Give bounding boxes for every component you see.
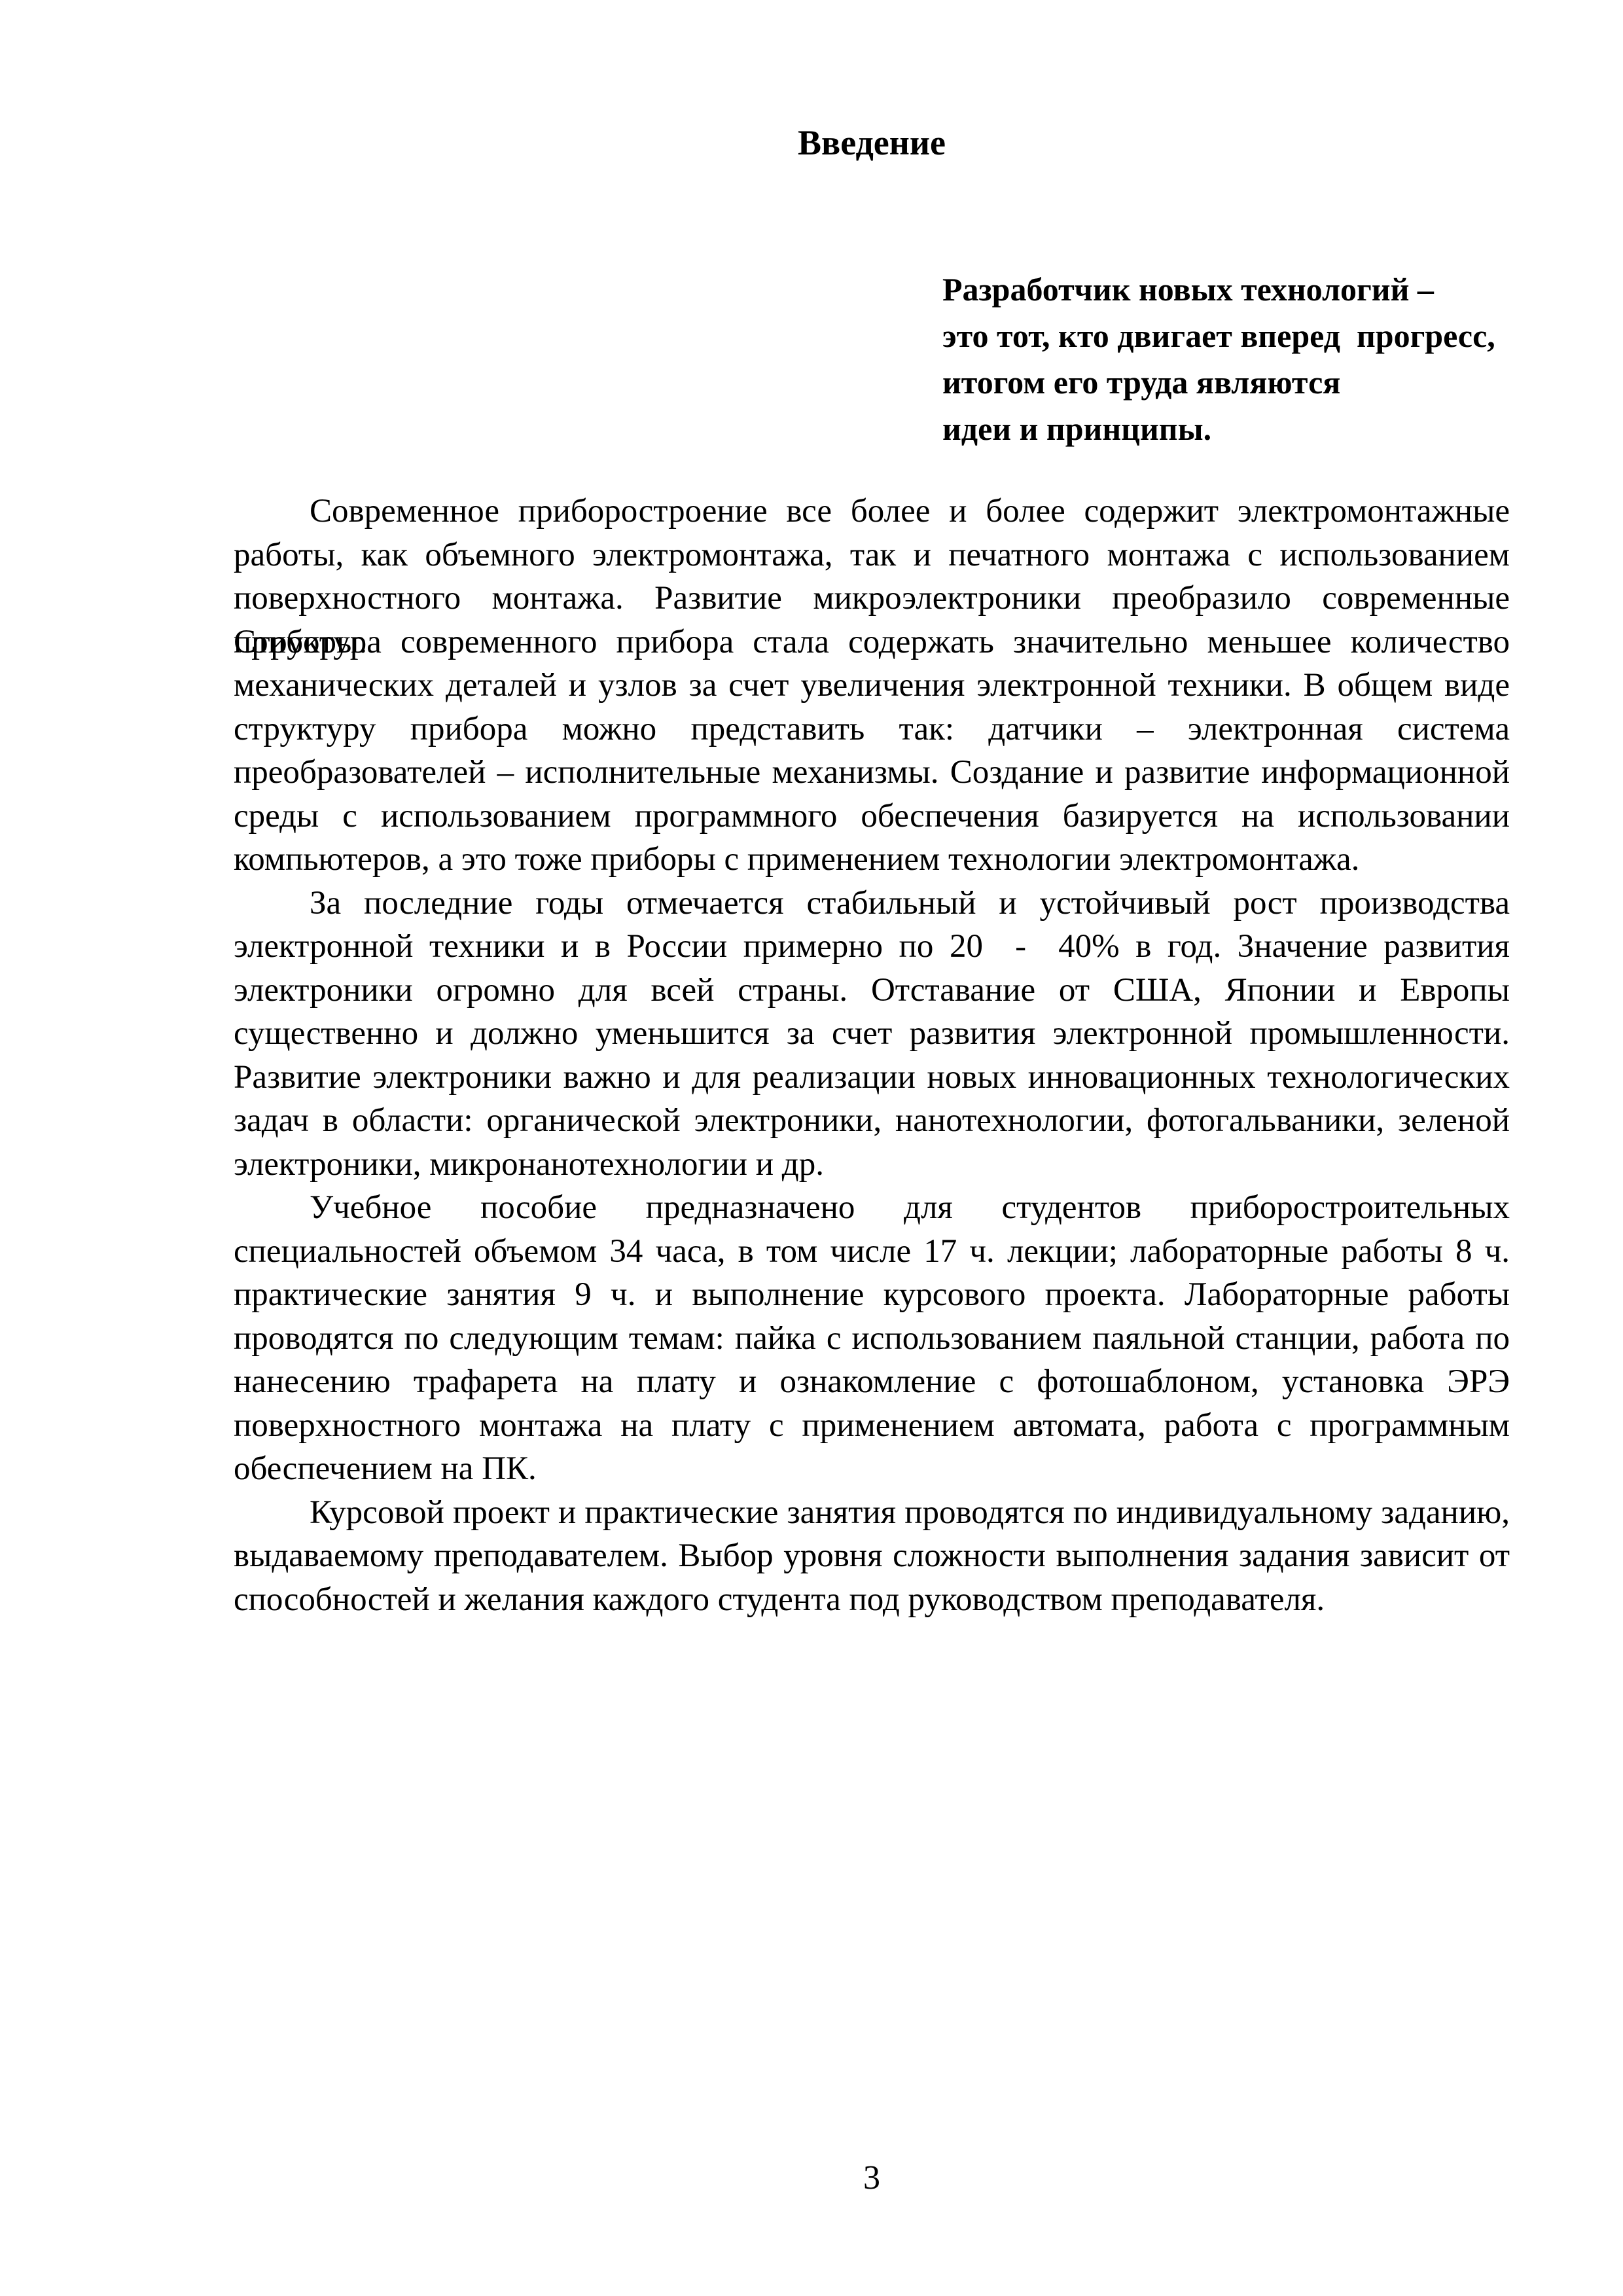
text-line: поверхностного монтажа на плату с примен… — [234, 1404, 1510, 1448]
epigraph-line: Разработчик новых технологий – — [942, 266, 1495, 313]
text-line: поверхностного монтажа. Развитие микроэл… — [234, 577, 1510, 620]
text-line: Учебное пособие предназначено для студен… — [234, 1186, 1510, 1230]
page-number: 3 — [234, 2159, 1510, 2198]
text-line: За последние годы отмечается стабильный … — [234, 882, 1510, 925]
text-line: среды с использованием программного обес… — [234, 795, 1510, 838]
document-page: Введение Разработчик новых технологий –э… — [0, 0, 1623, 2296]
text-line: Курсовой проект и практические занятия п… — [234, 1491, 1510, 1535]
text-line: обеспечением на ПК. — [234, 1447, 1510, 1491]
body-text: Современное приборостроение все более и … — [234, 490, 1510, 1621]
text-line: механических деталей и узлов за счет уве… — [234, 664, 1510, 708]
page-title: Введение — [234, 121, 1510, 165]
text-line: нанесению трафарета на плату и ознакомле… — [234, 1360, 1510, 1404]
text-line: Развитие электроники важно и для реализа… — [234, 1056, 1510, 1100]
paragraph: Учебное пособие предназначено для студен… — [234, 1186, 1510, 1491]
text-line: Современное приборостроение все более и … — [234, 490, 1510, 533]
epigraph-line: это тот, кто двигает вперед прогресс, — [942, 313, 1495, 359]
text-line: Структура современного прибора стала сод… — [234, 620, 1510, 664]
paragraph: Современное приборостроение все более и … — [234, 490, 1510, 882]
text-line: электроники огромно для всей страны. Отс… — [234, 969, 1510, 1013]
epigraph: Разработчик новых технологий –это тот, к… — [942, 266, 1495, 452]
text-line: проводятся по следующим темам: пайка с и… — [234, 1317, 1510, 1361]
text-line: практические занятия 9 ч. и выполнение к… — [234, 1273, 1510, 1317]
text-line: компьютеров, а это тоже приборы с примен… — [234, 838, 1510, 882]
text-line: выдаваемому преподавателем. Выбор уровня… — [234, 1534, 1510, 1578]
text-line: электронной техники и в России примерно … — [234, 925, 1510, 969]
epigraph-line: идеи и принципы. — [942, 406, 1495, 452]
epigraph-line: итогом его труда являются — [942, 359, 1495, 406]
text-line: задач в области: органической электроник… — [234, 1099, 1510, 1143]
text-line: преобразователей – исполнительные механи… — [234, 751, 1510, 795]
text-line: специальностей объемом 34 часа, в том чи… — [234, 1230, 1510, 1274]
text-line: способностей и желания каждого студента … — [234, 1578, 1510, 1622]
text-line: работы, как объемного электромонтажа, та… — [234, 533, 1510, 577]
paragraph: Курсовой проект и практические занятия п… — [234, 1491, 1510, 1622]
text-line: существенно и должно уменьшится за счет … — [234, 1012, 1510, 1056]
text-line: электроники, микронанотехнологии и др. — [234, 1143, 1510, 1187]
paragraph: За последние годы отмечается стабильный … — [234, 882, 1510, 1187]
text-line: структуру прибора можно представить так:… — [234, 708, 1510, 751]
